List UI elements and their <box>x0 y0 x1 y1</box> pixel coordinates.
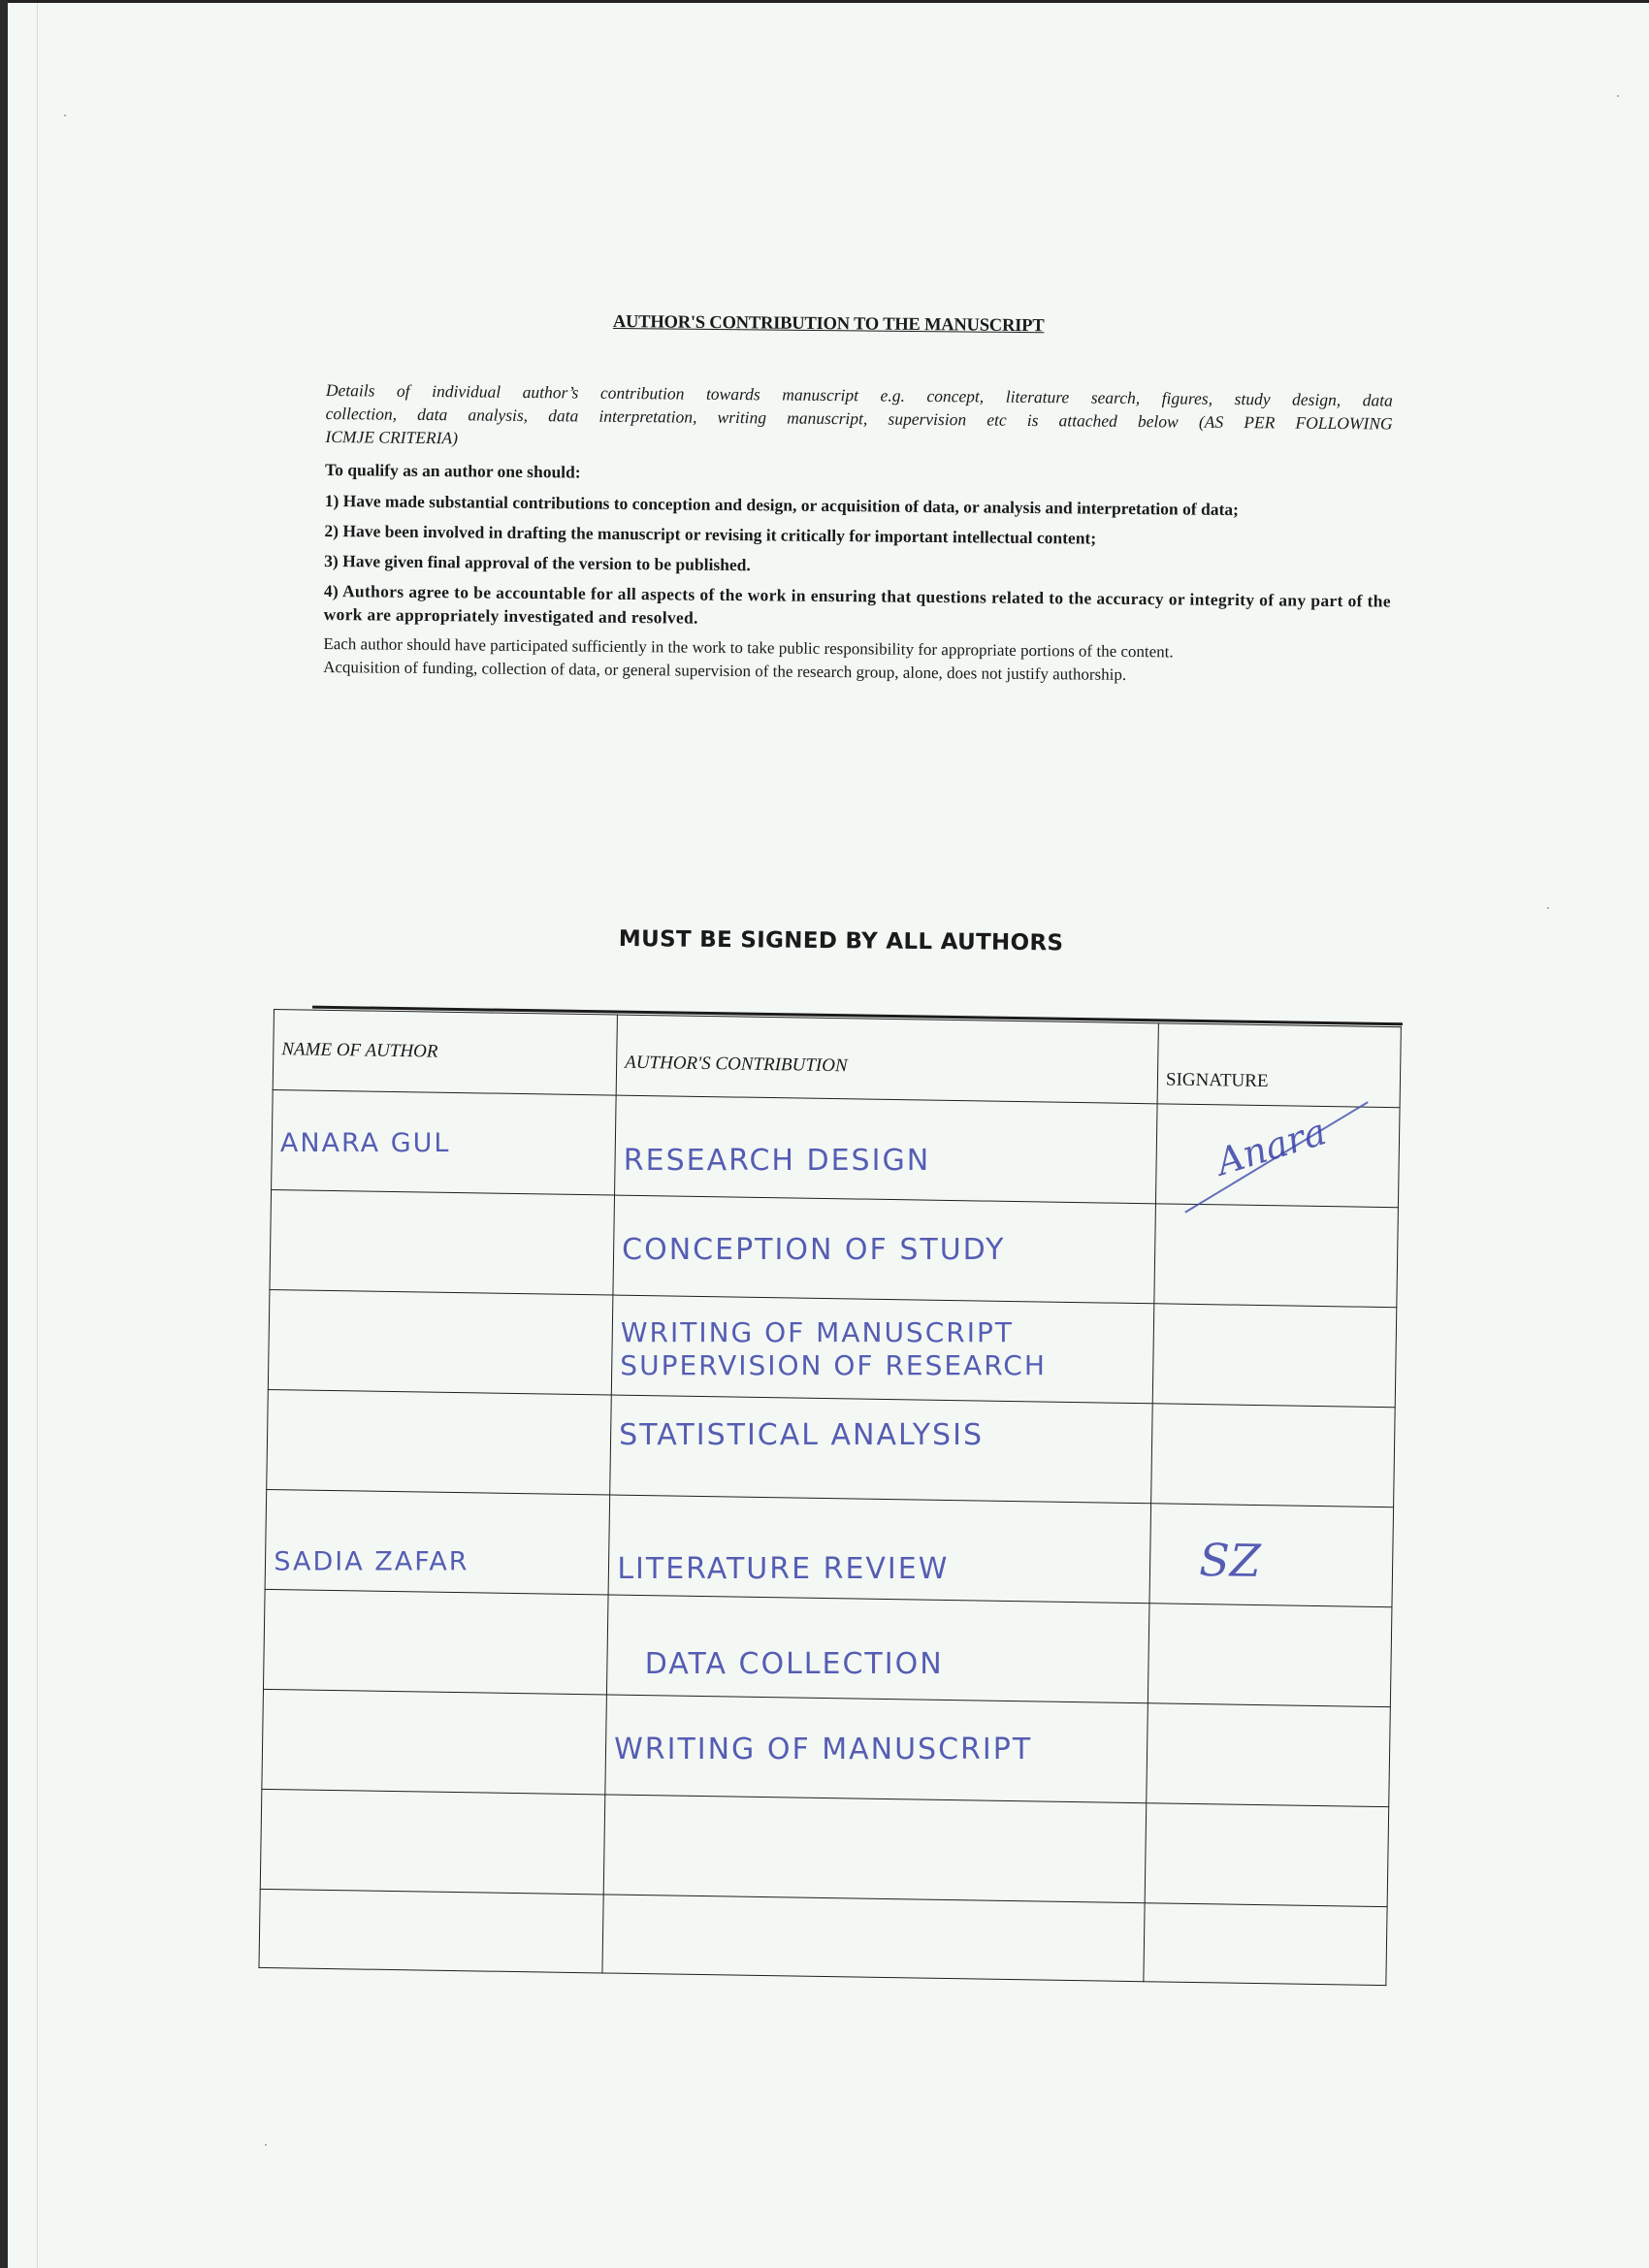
table-row: Sadia Zafar Literature Review SZ <box>265 1489 1393 1606</box>
contribution-cell[interactable] <box>602 1895 1145 1982</box>
contribution-cell[interactable]: Data Collection <box>606 1595 1149 1703</box>
contribution-cell[interactable] <box>603 1795 1147 1903</box>
signature-cell[interactable] <box>1154 1204 1399 1308</box>
author-name-cell[interactable] <box>259 1889 603 1973</box>
page-edge-line <box>37 3 38 2268</box>
must-sign-heading: MUST BE SIGNED BY ALL AUTHORS <box>619 926 1064 956</box>
document-title: AUTHOR'S CONTRIBUTION TO THE MANUSCRIPT <box>613 312 1045 337</box>
author-name: Anara Gul <box>280 1127 607 1157</box>
criterion-2: 2) Have been involved in drafting the ma… <box>324 519 1391 553</box>
signature-cell[interactable] <box>1152 1304 1397 1408</box>
table-row <box>259 1889 1387 1985</box>
author-name-cell[interactable] <box>268 1289 613 1395</box>
author-name-cell[interactable]: Sadia Zafar <box>265 1489 610 1595</box>
author-name-cell[interactable] <box>270 1189 615 1295</box>
contribution-cell[interactable]: Writing of Manuscript Supervision of Res… <box>611 1295 1154 1404</box>
criterion-1: 1) Have made substantial contributions t… <box>325 489 1392 523</box>
contribution-text: Statistical Analysis <box>619 1417 1144 1451</box>
contribution-cell[interactable]: Writing of Manuscript <box>605 1695 1148 1803</box>
contribution-text: Conception of Study <box>622 1232 1147 1266</box>
header-contribution-label: AUTHOR'S CONTRIBUTION <box>625 1037 1150 1082</box>
signature-cell[interactable]: Anara <box>1155 1104 1400 1208</box>
author-name-cell[interactable] <box>263 1589 608 1695</box>
contribution-text: Data Collection <box>616 1617 1141 1680</box>
signature-cell[interactable] <box>1144 1903 1387 1986</box>
author-name: Sadia Zafar <box>274 1507 600 1576</box>
qualify-heading: To qualify as an author one should: <box>325 458 1392 492</box>
table-row: Writing of Manuscript Supervision of Res… <box>268 1289 1396 1407</box>
table-row: Anara Gul Research Design Anara <box>272 1089 1400 1207</box>
criterion-4: 4) Authors agree to be accountable for a… <box>324 579 1391 636</box>
scan-speck <box>1547 907 1549 909</box>
scan-speck <box>1617 95 1619 97</box>
criterion-3: 3) Have given final approval of the vers… <box>324 549 1391 583</box>
header-signature-label: SIGNATURE <box>1166 1036 1393 1094</box>
author-name-cell[interactable] <box>260 1789 605 1895</box>
table-row <box>260 1789 1388 1906</box>
signature-anara: Anara <box>1212 1110 1331 1183</box>
signature-cell[interactable] <box>1147 1703 1391 1807</box>
author-name-cell[interactable]: Anara Gul <box>272 1089 617 1195</box>
signature-cell[interactable] <box>1151 1404 1396 1507</box>
signature-cell[interactable] <box>1148 1604 1392 1707</box>
contribution-text: Literature Review <box>617 1512 1142 1585</box>
table-row: Statistical Analysis <box>267 1389 1395 1507</box>
signature-cell[interactable] <box>1145 1803 1389 1907</box>
scan-speck <box>64 114 66 116</box>
contribution-text: Writing of Manuscript <box>621 1316 1146 1349</box>
scan-speck <box>265 2144 267 2146</box>
signature-cell[interactable]: SZ <box>1149 1504 1394 1607</box>
author-name-cell[interactable] <box>267 1389 612 1495</box>
authors-table-container: NAME OF AUTHOR AUTHOR'S CONTRIBUTION SIG… <box>259 1009 1404 1977</box>
contribution-text-secondary: Supervision of Research <box>620 1349 1145 1382</box>
contribution-cell[interactable]: Statistical Analysis <box>610 1395 1153 1504</box>
contribution-cell[interactable]: Research Design <box>615 1095 1158 1204</box>
table-row: Conception of Study <box>270 1189 1398 1307</box>
contribution-text: Writing of Manuscript <box>614 1732 1139 1766</box>
signature-sadia: SZ <box>1199 1534 1261 1587</box>
authors-table: NAME OF AUTHOR AUTHOR'S CONTRIBUTION SIG… <box>258 1009 1401 1986</box>
scan-edge-left <box>0 0 8 2268</box>
header-cell-signature: SIGNATURE <box>1157 1023 1401 1108</box>
header-cell-contribution: AUTHOR'S CONTRIBUTION <box>616 1015 1158 1104</box>
header-cell-name: NAME OF AUTHOR <box>273 1010 617 1096</box>
instructions-block: Details of individual author’s contribut… <box>323 378 1393 690</box>
scan-edge-top <box>0 0 1649 3</box>
author-name-cell[interactable] <box>262 1689 607 1795</box>
contribution-cell[interactable]: Literature Review <box>608 1495 1151 1604</box>
table-row: Data Collection <box>263 1589 1391 1706</box>
header-name-label: NAME OF AUTHOR <box>281 1039 437 1062</box>
table-row: Writing of Manuscript <box>262 1689 1390 1806</box>
contribution-cell[interactable]: Conception of Study <box>613 1195 1156 1304</box>
contribution-text: Research Design <box>624 1121 1148 1177</box>
